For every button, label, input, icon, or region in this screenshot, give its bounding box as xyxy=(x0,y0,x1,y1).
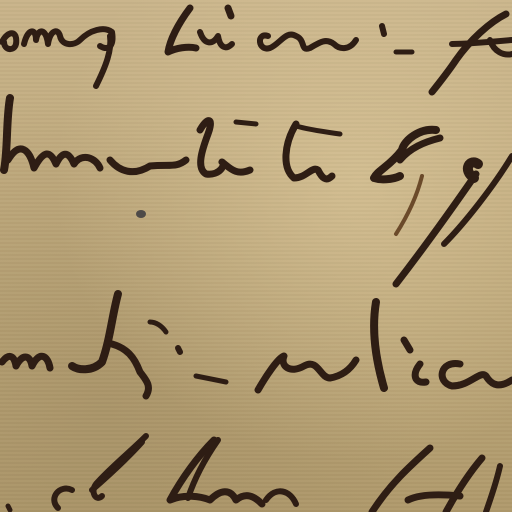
ink-blot xyxy=(136,210,146,218)
handwriting-ink xyxy=(0,0,512,512)
letter-o xyxy=(2,33,16,49)
manuscript-photo: omne. lineari - fl hemulatu S. ge undi -… xyxy=(0,0,512,512)
